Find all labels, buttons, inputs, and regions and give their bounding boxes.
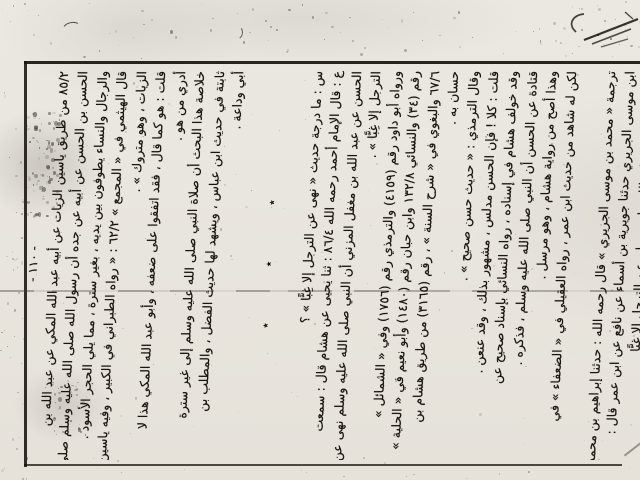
pen-scribble-mark xyxy=(540,0,640,60)
scanned-page: - ١١٠ -٨٥/٢ من طريق ياسين الزيات عن أبيه… xyxy=(0,0,640,480)
page-text-block: - ١١٠ -٨٥/٢ من طريق ياسين الزيات عن أبيه… xyxy=(14,68,640,460)
text-lean-wrapper: - ١١٠ -٨٥/٢ من طريق ياسين الزيات عن أبيه… xyxy=(0,0,640,480)
